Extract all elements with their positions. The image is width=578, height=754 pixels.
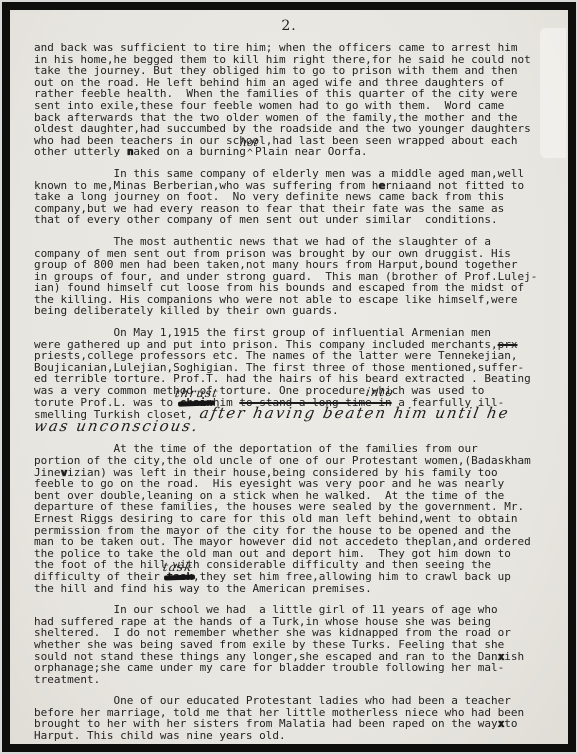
paragraph: On May 1,1915 the first group of influen… bbox=[34, 327, 544, 433]
typed-text: treatment. bbox=[34, 673, 100, 686]
typed-text: the hill and find his way to the America… bbox=[34, 582, 372, 595]
document-page: 2. and back was sufficient to tire him; … bbox=[10, 10, 568, 744]
typed-text: Plain near Oorfa. bbox=[255, 145, 368, 158]
text-line: the hill and find his way to the America… bbox=[34, 583, 544, 595]
paragraph: In this same company of elderly men was … bbox=[34, 168, 544, 226]
text-line: being deliberately killed by their own g… bbox=[34, 305, 544, 317]
text-line: that of every other company of men sent … bbox=[34, 214, 544, 226]
typed-text: orphanage;she came under my care for bla… bbox=[34, 661, 504, 674]
text-line: other utterly naked on a burninghot^Plai… bbox=[34, 146, 544, 158]
typed-text: ish bbox=[504, 650, 524, 663]
typed-text: that of every other company of men sent … bbox=[34, 213, 498, 226]
paragraph: The most authentic news that we had of t… bbox=[34, 236, 544, 317]
paragraph: and back was sufficient to tire him; whe… bbox=[34, 42, 544, 158]
handwritten-annotation: after having beaten him until he bbox=[192, 408, 511, 420]
paragraph: At the time of the deportation of the fa… bbox=[34, 443, 544, 594]
text-line: was unconscious. bbox=[34, 421, 544, 434]
scanned-page-frame: 2. and back was sufficient to tire him; … bbox=[0, 0, 578, 754]
page-number: 2. bbox=[34, 18, 544, 34]
typed-text: Harput. This child was nine years old. bbox=[34, 729, 286, 742]
typed-text: aked on a burning bbox=[133, 145, 246, 158]
typed-text: torute Prof.L. was to bbox=[34, 396, 180, 409]
paragraph: In our school we had a little girl of 11… bbox=[34, 604, 544, 685]
typed-text: other utterly bbox=[34, 145, 127, 158]
paragraph: One of our educated Protestant ladies wh… bbox=[34, 695, 544, 741]
typed-text: to bbox=[504, 717, 517, 730]
typed-text: being deliberately killed by their own g… bbox=[34, 304, 339, 317]
text-line: treatment. bbox=[34, 674, 544, 686]
scan-artifact bbox=[540, 28, 566, 158]
handwritten-annotation: was unconscious. bbox=[33, 421, 200, 433]
document-body: and back was sufficient to tire him; whe… bbox=[34, 42, 544, 742]
text-line: orphanage;she came under my care for bla… bbox=[34, 662, 544, 674]
text-line: Harput. This child was nine years old. bbox=[34, 730, 544, 742]
